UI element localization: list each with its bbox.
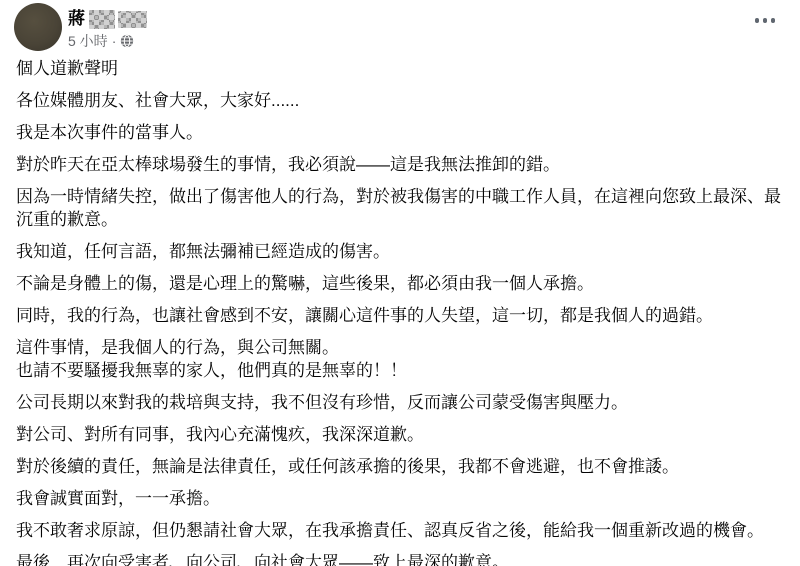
post-paragraph: 對於後續的責任，無論是法律責任，或任何該承擔的後果，我都不會逃避，也不會推諉。 [16,455,784,478]
post-paragraph: 因為一時情緒失控，做出了傷害他人的行為，對於被我傷害的中職工作人員，在這裡向您致… [16,185,784,231]
post-text: 個人道歉聲明各位媒體朋友、社會大眾，大家好......我是本次事件的當事人。對於… [0,52,800,566]
post-paragraph: 對於昨天在亞太棒球場發生的事情，我必須說——這是我無法推卸的錯。 [16,153,784,176]
post-paragraph: 我不敢奢求原諒，但仍懇請社會大眾，在我承擔責任、認真反省之後，能給我一個重新改過… [16,519,784,542]
post-paragraph: 我是本次事件的當事人。 [16,121,784,144]
post-paragraph: 最後，再次向受害者、向公司、向社會大眾——致上最深的歉意。 [16,551,784,566]
facebook-post-card: 蔣 5 小時 · [0,0,800,566]
post-paragraph: 公司長期以來對我的栽培與支持，我不但沒有珍惜，反而讓公司蒙受傷害與壓力。 [16,391,784,414]
avatar[interactable] [14,3,62,51]
more-options-button[interactable] [753,14,778,27]
timestamp[interactable]: 5 小時 [68,33,108,49]
post-meta-row: 5 小時 · [68,33,784,49]
censored-name-blur [118,11,147,28]
author-row: 蔣 [68,9,784,29]
post-paragraph: 這件事情，是我個人的行為，與公司無關。 也請不要騷擾我無辜的家人，他們真的是無辜… [16,336,784,382]
post-header: 蔣 5 小時 · [0,0,800,52]
more-options-dot [763,18,768,23]
meta-separator: · [112,33,117,49]
post-paragraph: 各位媒體朋友、社會大眾，大家好...... [16,89,784,112]
more-options-dot [771,18,776,23]
post-paragraph: 我知道，任何言語，都無法彌補已經造成的傷害。 [16,240,784,263]
globe-public-icon [120,34,134,48]
post-paragraph: 對公司、對所有同事，我內心充滿愧疚，我深深道歉。 [16,423,784,446]
more-options-dot [755,18,760,23]
post-paragraph: 個人道歉聲明 [16,57,784,80]
post-paragraph: 我會誠實面對，一一承擔。 [16,487,784,510]
post-paragraph: 同時，我的行為，也讓社會感到不安，讓關心這件事的人失望，這一切，都是我個人的過錯… [16,304,784,327]
post-header-info: 蔣 5 小時 · [68,3,784,49]
author-name[interactable]: 蔣 [68,9,85,29]
post-paragraph: 不論是身體上的傷，還是心理上的驚嚇，這些後果，都必須由我一個人承擔。 [16,272,784,295]
censored-name-blur [89,10,115,29]
